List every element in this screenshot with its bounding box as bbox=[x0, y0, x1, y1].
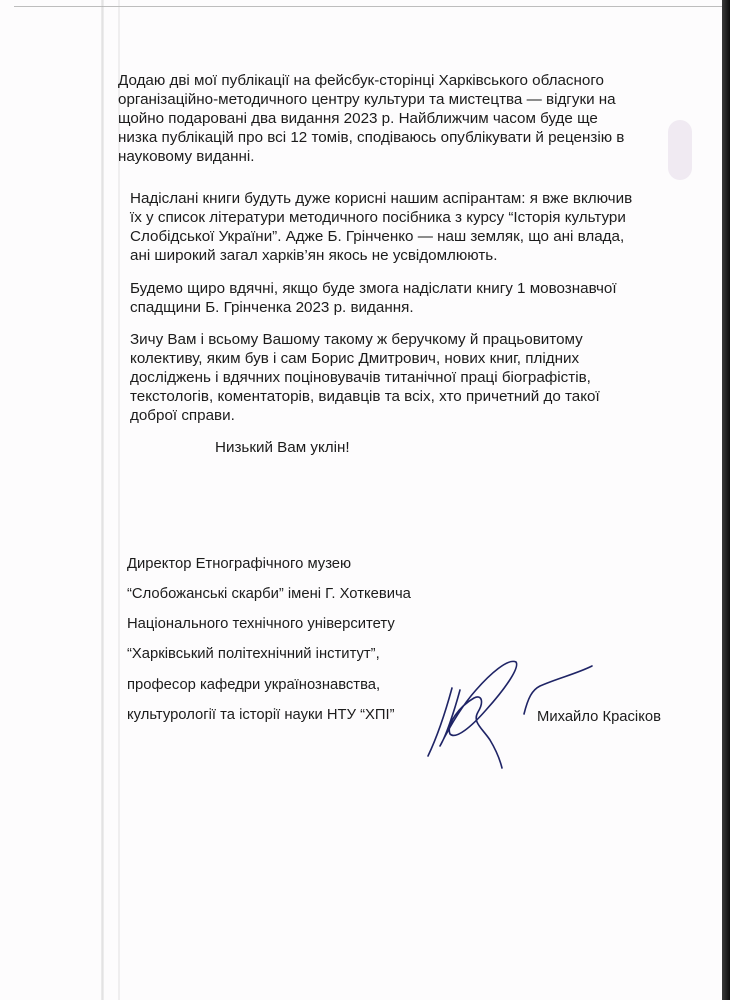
signer-title-line: професор кафедри українознавства, bbox=[127, 677, 380, 693]
scan-border-strip bbox=[722, 0, 730, 1000]
paragraph-request: Будемо щиро вдячні, якщо буде змога наді… bbox=[130, 279, 695, 317]
signer-title-line: “Слобожанські скарби” імені Г. Хоткевича bbox=[127, 586, 411, 602]
signer-title-line: Національного технічного університету bbox=[127, 616, 395, 632]
scan-artifact-line bbox=[101, 0, 104, 1000]
paragraph-wishes: Зичу Вам і всьому Вашому такому ж беручк… bbox=[130, 330, 695, 425]
paragraph-publications: Додаю дві мої публікації на фейсбук-стор… bbox=[118, 71, 683, 166]
signer-title-line: культурології та історії науки НТУ “ХПІ” bbox=[127, 707, 395, 723]
paragraph-books-for-students: Надіслані книги будуть дуже корисні наши… bbox=[130, 189, 695, 265]
page-top-edge bbox=[14, 6, 722, 7]
scanned-letter-page: Додаю дві мої публікації на фейсбук-стор… bbox=[0, 0, 722, 1000]
signer-title-line: Директор Етнографічного музею bbox=[127, 556, 351, 572]
signer-name: Михайло Красіков bbox=[537, 709, 661, 725]
closing-line: Низький Вам уклін! bbox=[215, 439, 350, 456]
signer-title-line: “Харківський політехнічний інститут”, bbox=[127, 646, 380, 662]
